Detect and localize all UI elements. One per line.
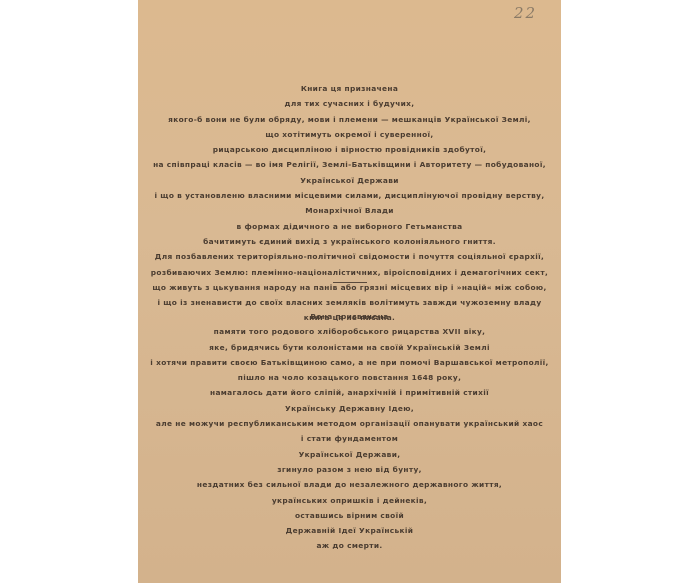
- text-line: в формах дідичного а не виборного Гетьма…: [138, 219, 561, 234]
- text-line: Українську Державну Ідею,: [138, 401, 561, 416]
- text-line: аж до смерти.: [138, 538, 561, 553]
- text-line: намагалось дати його сліпій, анархічній …: [138, 385, 561, 400]
- handwritten-folio-number: 22: [514, 4, 537, 22]
- text-line: памяти того родового хліборобського рица…: [138, 324, 561, 339]
- text-line: для тих сучасних і будучих,: [138, 96, 561, 111]
- text-line: що хотітимуть окремої і суверенної,: [138, 127, 561, 142]
- text-line: і хотячи правити своєю Батьківщиною само…: [138, 355, 561, 370]
- dedication-block: Книга ця призначенадля тих сучасних і бу…: [138, 81, 561, 326]
- text-line: але не можучи республиканським методом о…: [138, 416, 561, 431]
- text-line: і що в установленю власними місцевими си…: [138, 188, 561, 203]
- text-line: Для позбавлених територіяльно-політичної…: [138, 249, 561, 264]
- text-line: яке, бридячись бути колоністами на своїй…: [138, 340, 561, 355]
- text-line: Вона присвячена: [138, 309, 561, 324]
- text-line: Монархічної Влади: [138, 203, 561, 218]
- memorial-block: Вона присвяченапамяти того родового хліб…: [138, 309, 561, 554]
- text-line: пішло на чоло козацького повстання 1648 …: [138, 370, 561, 385]
- text-line: рицарською дисципліною і вірностю провід…: [138, 142, 561, 157]
- text-line: Української Держави,: [138, 447, 561, 462]
- section-divider: [333, 282, 367, 283]
- text-line: бачитимуть єдиний вихід з українського к…: [138, 234, 561, 249]
- text-line: розбиваючих Землю: племінно-націоналісти…: [138, 265, 561, 280]
- text-line: українських опришків і дейнеків,: [138, 493, 561, 508]
- text-line: і стати фундаментом: [138, 431, 561, 446]
- text-line: оставшись вірним своїй: [138, 508, 561, 523]
- text-line: на співпраці класів — во імя Релігії, Зе…: [138, 157, 561, 172]
- text-line: Української Держави: [138, 173, 561, 188]
- text-line: Книга ця призначена: [138, 81, 561, 96]
- text-line: нездатних без сильної влади до незалежно…: [138, 477, 561, 492]
- text-line: Державній Ідеї Українській: [138, 523, 561, 538]
- text-line: якого-б вони не були обряду, мови і плем…: [138, 112, 561, 127]
- text-line: згинуло разом з нею від бунту,: [138, 462, 561, 477]
